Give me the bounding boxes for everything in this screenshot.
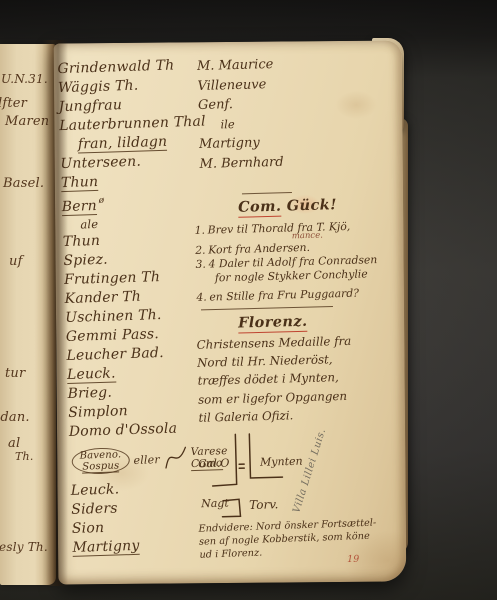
page-number: 19 (347, 554, 359, 565)
line-text: Bern (62, 198, 98, 216)
place-name-line: M. Bernhard (199, 152, 284, 174)
line-text: M. Maurice (197, 57, 274, 74)
line-text: Sion (72, 520, 105, 537)
route-options-group: Baveno.SospusellerVareseComo (71, 440, 210, 480)
list-number: 4. (196, 291, 209, 305)
prev-page-fragment: ldan. (0, 410, 30, 425)
route-place: Sospus (80, 460, 122, 472)
list-number: 2. (195, 244, 208, 258)
line-text: ale (80, 217, 98, 232)
line-text: Brev til Thorald fra T. Kjö, (208, 220, 351, 237)
paragraph-line: til Galeria Ofizi. (198, 404, 373, 427)
route-connector: eller (133, 450, 160, 470)
route-squiggle (163, 439, 188, 478)
place-name-line: Genf. (198, 94, 283, 116)
prev-page-fragment: Maren (5, 114, 49, 129)
line-text: M. Bernhard (199, 154, 283, 171)
line-text: Leuck. (70, 481, 119, 499)
ink-divider (242, 192, 292, 194)
place-name-line: Martigny (72, 535, 213, 558)
place-name-line: Martigny (199, 133, 284, 155)
section-title-rest: Gück! (287, 196, 338, 214)
line-text: Villeneuve (197, 77, 266, 94)
line-text: Martigny (199, 135, 260, 152)
line-text: Siders (71, 500, 118, 517)
line-text: Frutingen Th (64, 269, 160, 288)
section-title-underlined: Com. (238, 198, 282, 218)
line-text: Brieg. (67, 385, 112, 402)
line-text: en Stille fra Fru Puggaard? (209, 287, 359, 304)
line-text: Gemmi Pass. (66, 326, 160, 345)
prev-page-fragment: tur (5, 366, 25, 381)
section-title-com: Com. Gück! (238, 196, 337, 216)
prev-page-fragment: lfter (0, 96, 27, 111)
line-text: Domo d'Ossola (69, 421, 178, 440)
line-text: Thun (63, 233, 101, 250)
line-text: Simplon (68, 403, 128, 421)
section-title-florenz: Florenz. (238, 313, 308, 332)
line-text: Spiez. (63, 252, 108, 269)
list-number: 3. (195, 258, 208, 272)
place-name-line: Domo d'Ossola (69, 419, 210, 442)
list-number: 1. (195, 224, 208, 238)
place-name-line: ile (198, 113, 283, 135)
prev-page-fragment: uf (9, 254, 23, 269)
prev-page-fragment: Basel. (3, 176, 44, 191)
line-text: Kort fra Andersen. (208, 241, 310, 257)
sketch-label-nagt: Nagt (201, 497, 229, 511)
line-text: Martigny (72, 538, 139, 557)
florenz-paragraph: Christensens Medaille fraNord til Hr. Ni… (196, 331, 373, 427)
place-name-line: Villeneuve (197, 74, 282, 96)
prev-page-fragment: al (8, 436, 20, 451)
line-text: Kander Th (64, 289, 141, 307)
prev-page-fragment: Th. (15, 450, 34, 463)
line-text: Grindenwald Th (57, 57, 174, 77)
route-option-left: Baveno.Sospus (71, 447, 130, 475)
errand-line: 1.Brev til Thorald fra T. Kjö, (195, 219, 375, 238)
line-text: Lauterbrunnen Thal (59, 114, 206, 135)
place-name-line: M. Maurice (197, 55, 282, 77)
itinerary-list: Grindenwald ThWäggis Th.JungfrauLauterbr… (57, 56, 213, 558)
line-text: Jungfrau (58, 97, 122, 115)
itinerary-list-right: M. MauriceVilleneuveGenf.ileMartignyM. B… (197, 55, 284, 174)
line-text: Thun (61, 174, 99, 192)
previous-page-edge: U.N.31.lfterMarenBasel.ufturldan.alTh.le… (0, 44, 56, 585)
line-text: Unterseen. (60, 154, 141, 173)
prev-page-fragment: lesly Th. (0, 540, 48, 554)
ink-divider (201, 306, 333, 310)
route-place-underlined: Sospus (82, 460, 120, 473)
bottom-paragraph: Endvidere: Nord önsker Fortsættel-sen af… (198, 516, 389, 562)
line-text: Leuck. (67, 365, 116, 384)
sketch-label-torv: Torv. (249, 497, 279, 512)
line-text: Genf. (198, 97, 233, 113)
sketch-label-galleria: Gal.O (198, 457, 230, 471)
line-text: Uschinen Th. (65, 307, 162, 326)
sketch-label-mynten: Mynten (260, 455, 303, 469)
notebook-page: Grindenwald ThWäggis Th.JungfrauLauterbr… (54, 40, 407, 584)
prev-page-fragment: U.N.31. (1, 72, 48, 86)
errand-line: 4.en Stille fra Fru Puggaard? (196, 286, 376, 305)
superscript-mark: ø (99, 196, 105, 206)
section-title-underlined: Florenz. (238, 313, 308, 334)
line-text: fran, lildagn (78, 134, 168, 154)
line-text: Leucher Bad. (66, 345, 164, 364)
line-text: ile (220, 117, 235, 131)
line-text: Wäggis Th. (58, 78, 139, 97)
errand-numbered-list: 1.Brev til Thorald fra T. Kjö,mance.2.Ko… (195, 219, 377, 305)
